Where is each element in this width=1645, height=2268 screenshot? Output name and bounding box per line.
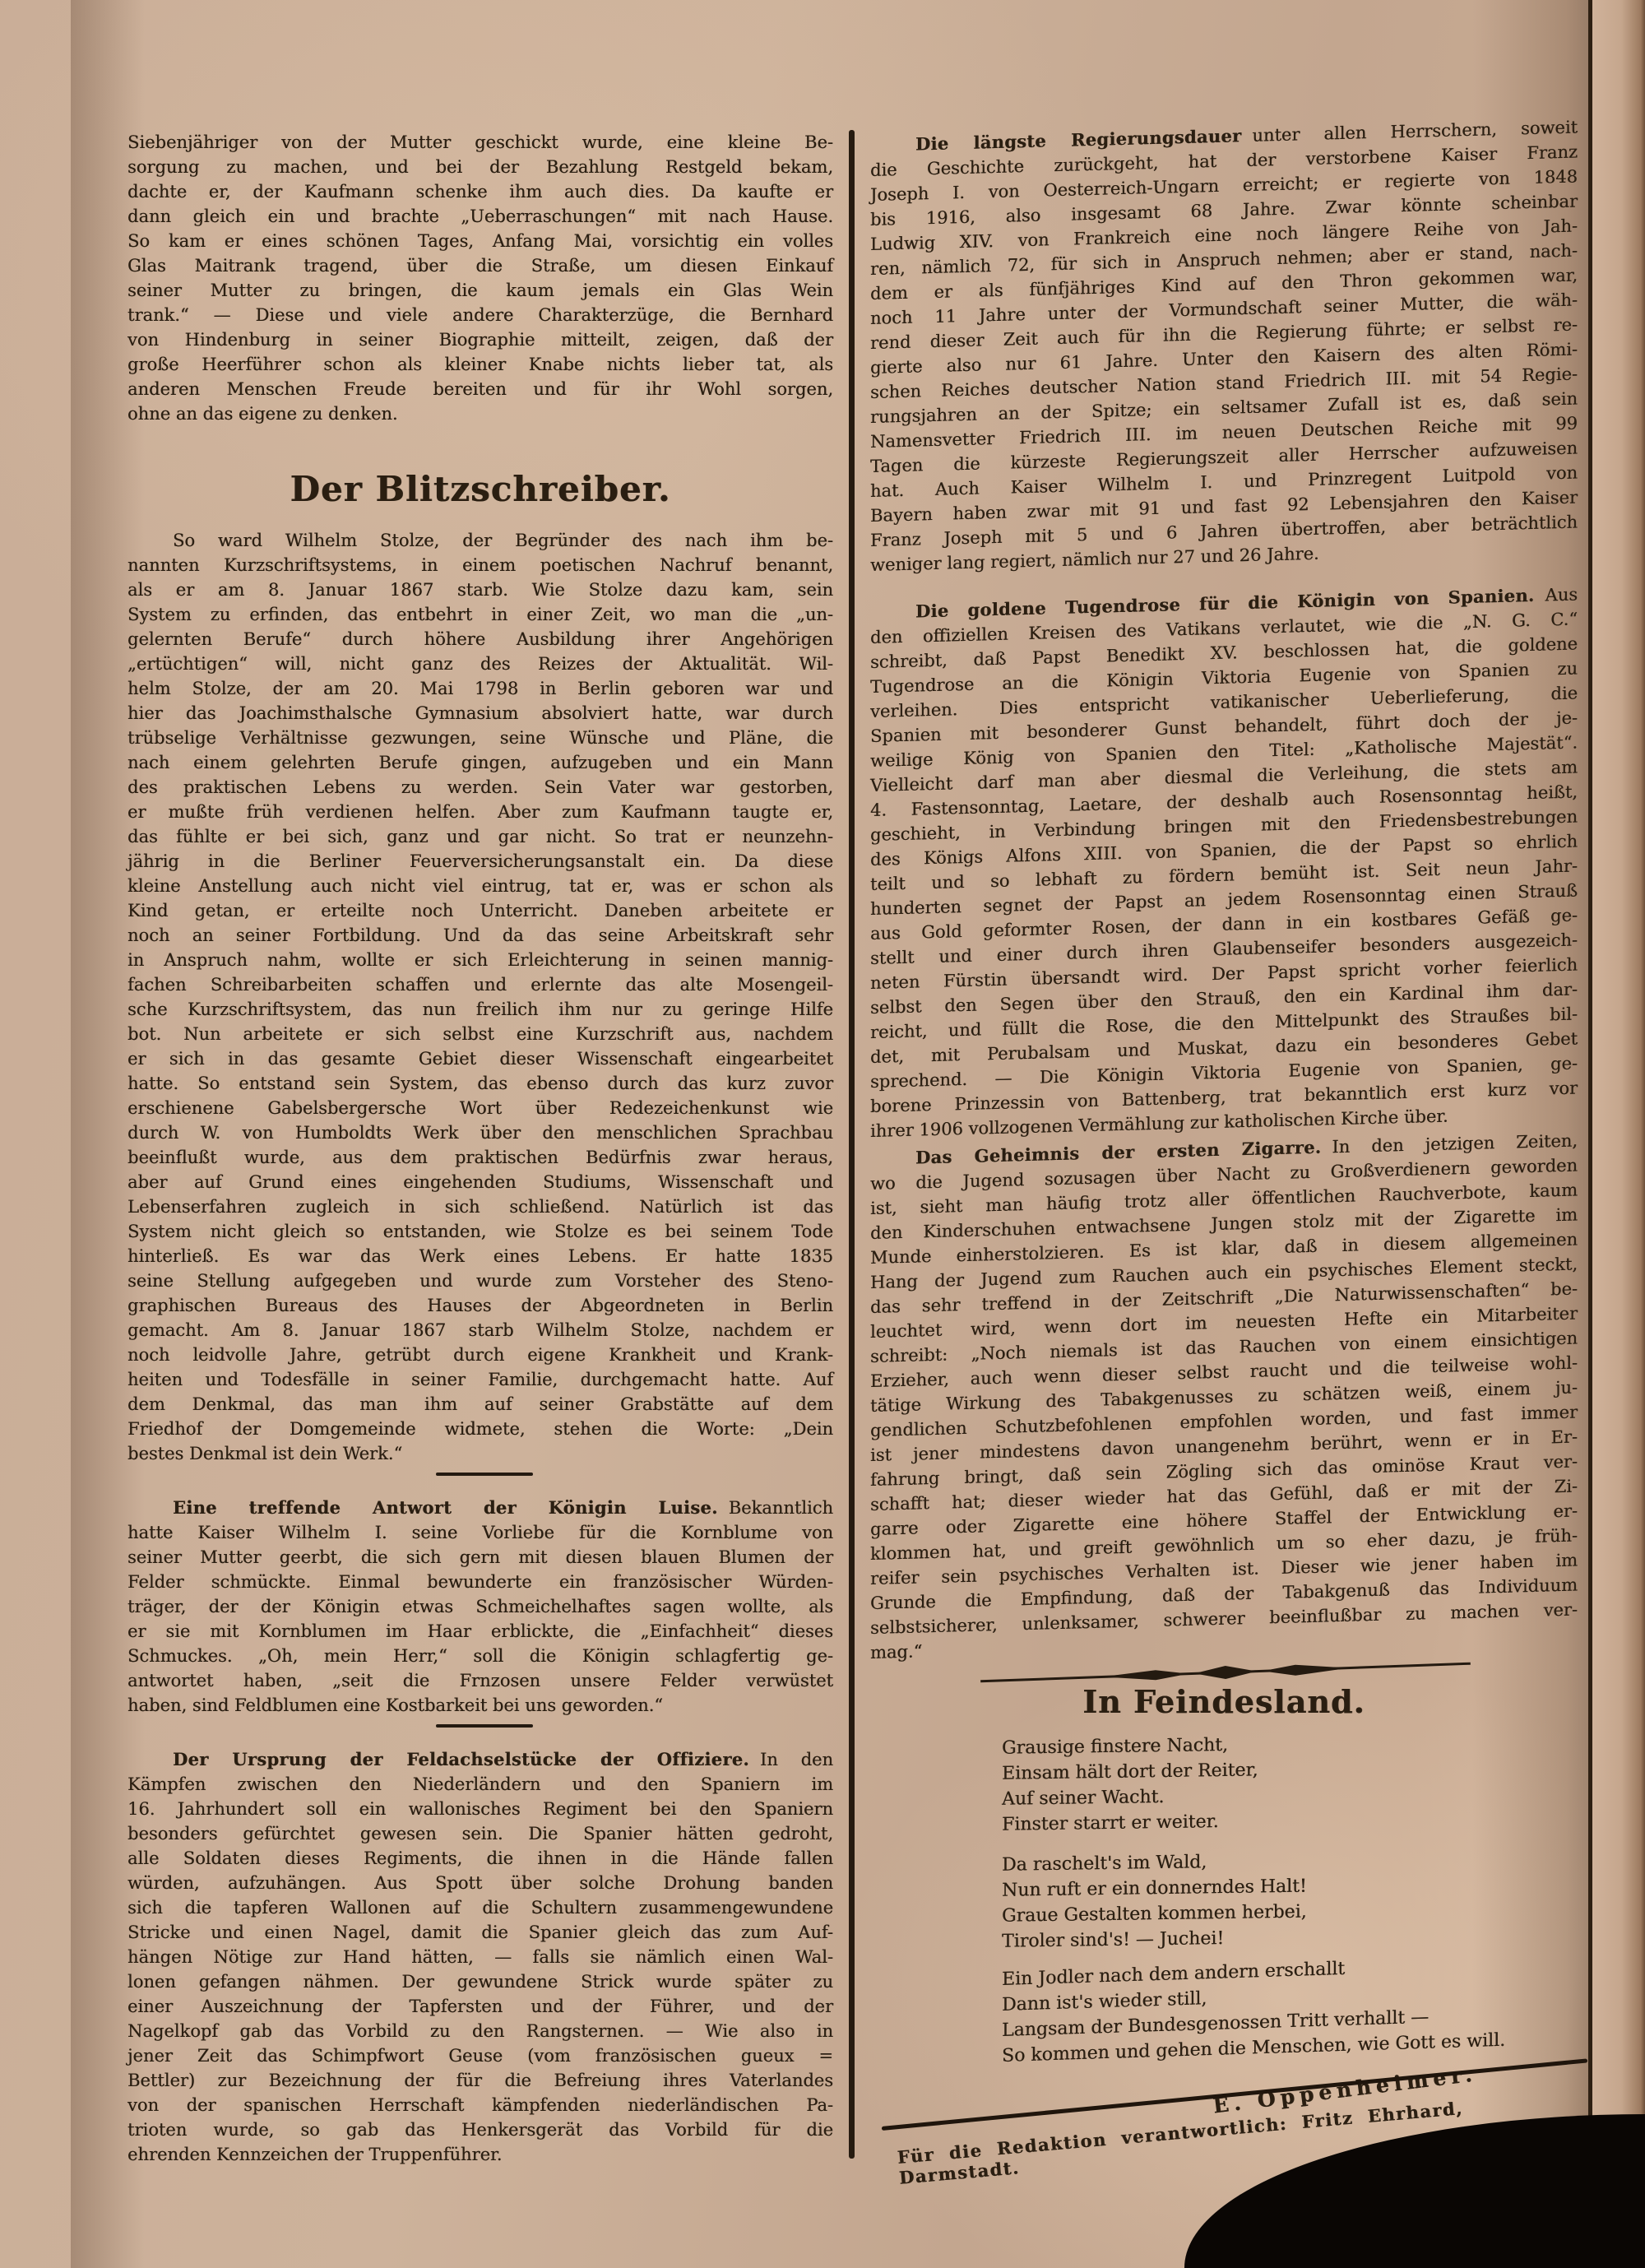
poem-stanza-2: Da raschelt's im Wald, Nun ruft er ein d… — [870, 1843, 1645, 1956]
paragraph-last-line: bestes Denkmal ist dein Werk.“ — [127, 1441, 833, 1466]
article-ursprung: Der Ursprung der Feldachselstücke der Of… — [127, 1747, 833, 2167]
paragraph-lines: wo die Jugend sozusagen über Nacht zu Gr… — [870, 1153, 1578, 1640]
paragraph-lines: hatte Kaiser Wilhelm I. seine Vorliebe f… — [127, 1520, 833, 1693]
article-regierungsdauer: Die längste Regierungsdauerunter allen H… — [870, 114, 1578, 577]
article-lead-rest: Aus — [1545, 584, 1578, 605]
paragraph-lines: Siebenjähriger von der Mutter geschickt … — [127, 130, 833, 401]
poem-stanza-1: Grausige finstere Nacht, Einsam hält dor… — [870, 1726, 1645, 1839]
column-divider-rule — [849, 130, 855, 2159]
article-tugendrose: Die goldene Tugendrose für die Königin v… — [870, 582, 1578, 1143]
paragraph-last-line: ehrenden Kennzeichen der Truppenführer. — [127, 2142, 833, 2167]
paragraph-lines: Kämpfen zwischen den Niederländern und d… — [127, 1772, 833, 2142]
paragraph-last-line: haben, sind Feldblumen eine Kostbarkeit … — [127, 1693, 833, 1718]
article-lead: Der Ursprung der Feldachselstücke der Of… — [173, 1749, 749, 1769]
paragraph-lines: den offiziellen Kreisen des Vatikans ver… — [870, 606, 1578, 1119]
article-first-line: Der Ursprung der Feldachselstücke der Of… — [127, 1747, 833, 1772]
next-page-edge — [1592, 0, 1645, 2268]
paragraph-lines: die Geschichte zurückgeht, hat der verst… — [870, 139, 1578, 553]
article-lead: Eine treffende Antwort der Königin Luise… — [173, 1497, 718, 1518]
paragraph-lines: So ward Wilhelm Stolze, der Begründer de… — [127, 528, 833, 1441]
section-divider-rule — [436, 1724, 533, 1728]
article-lead-rest: Bekanntlich — [729, 1498, 833, 1518]
article-lead-rest: In den — [760, 1750, 833, 1769]
article-luise: Eine treffende Antwort der Königin Luise… — [127, 1496, 833, 1718]
paragraph-hindenburg-continuation: Siebenjähriger von der Mutter geschickt … — [127, 130, 833, 426]
article-blitzschreiber-body: So ward Wilhelm Stolze, der Begründer de… — [127, 528, 833, 1466]
section-divider-rule — [436, 1473, 533, 1476]
article-title-blitzschreiber: Der Blitzschreiber. — [127, 469, 833, 509]
article-zigarre: Das Geheimnis der ersten Zigarre.In den … — [870, 1128, 1578, 1665]
newspaper-page: Siebenjähriger von der Mutter geschickt … — [0, 0, 1645, 2268]
article-first-line: Eine treffende Antwort der Königin Luise… — [127, 1496, 833, 1520]
paragraph-last-line: ohne an das eigene zu denken. — [127, 401, 833, 426]
book-binding-edge — [0, 0, 71, 2268]
poem-title: In Feindesland. — [870, 1683, 1645, 1720]
article-lead-rest: In den jetzigen Zeiten, — [1332, 1130, 1578, 1157]
